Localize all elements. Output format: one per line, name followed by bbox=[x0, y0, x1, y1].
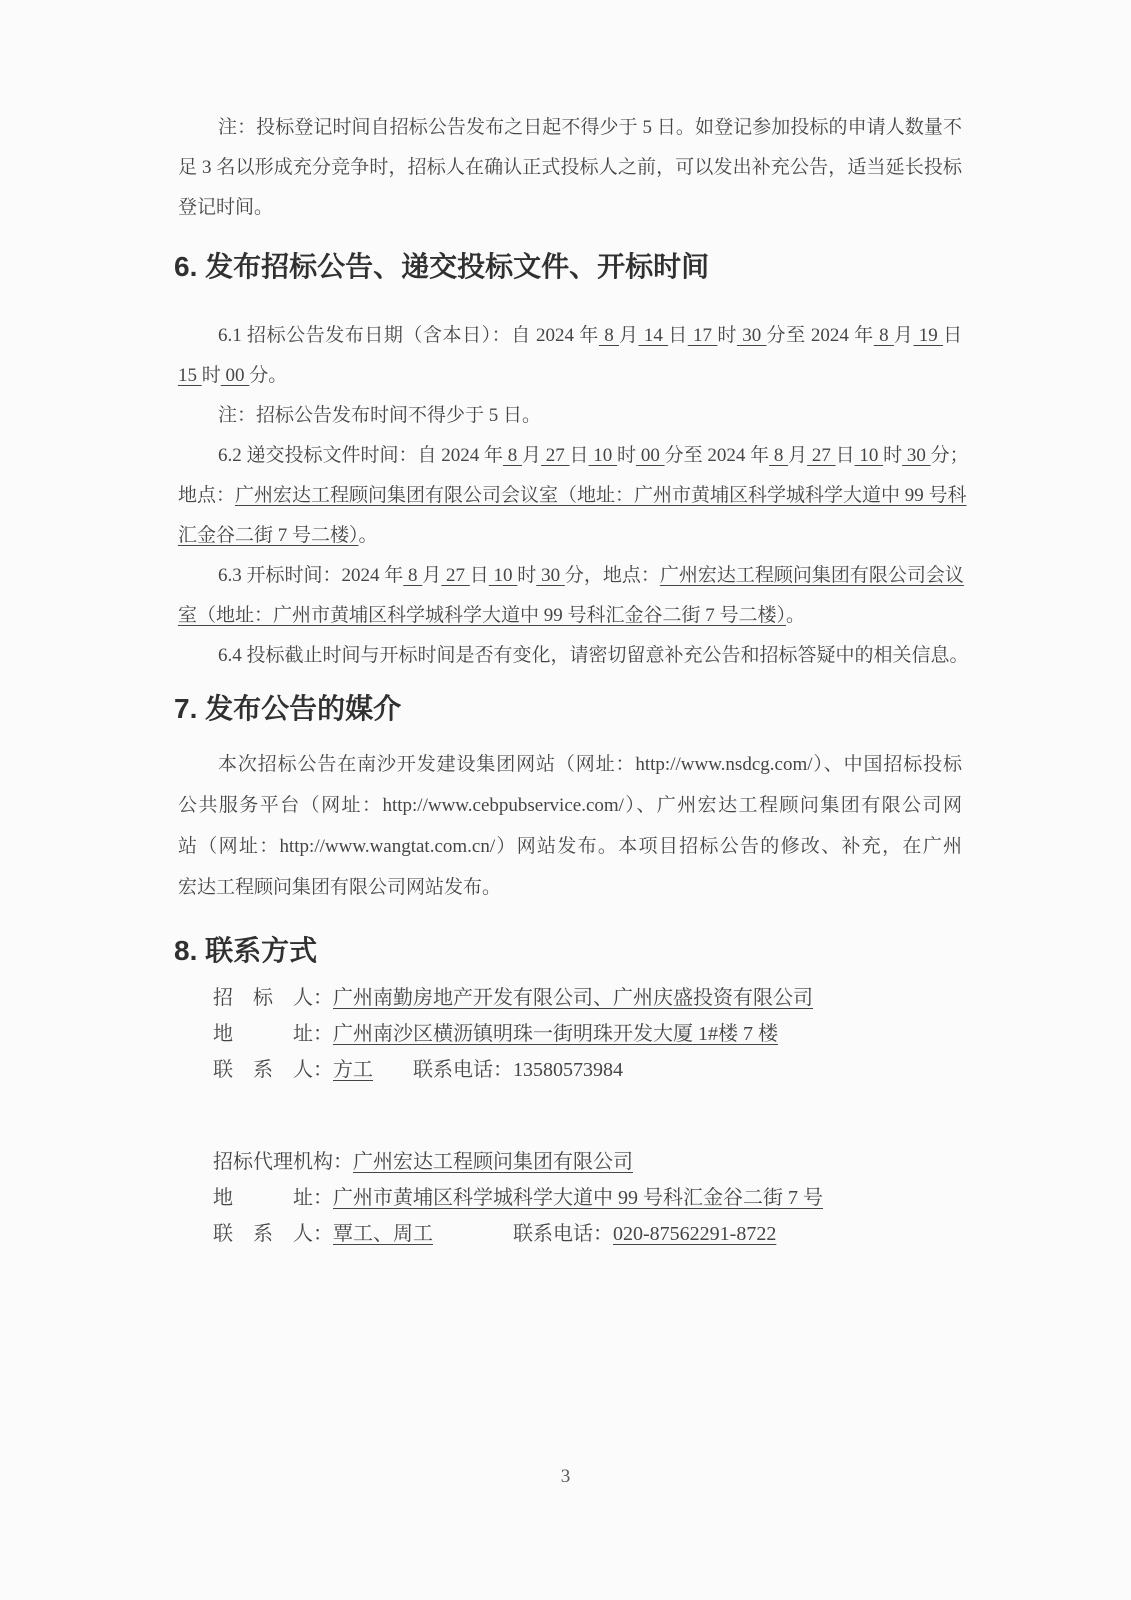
text-run: 。 bbox=[359, 525, 378, 546]
text-run: 招标代理机构： bbox=[213, 1151, 353, 1173]
text-run: 分，地点： bbox=[565, 565, 660, 586]
text-line: 站（网址：http://www.wangtat.com.cn/）网站发布。本项目… bbox=[178, 826, 962, 867]
underlined-text: 17 bbox=[688, 325, 718, 346]
underlined-text: 10 bbox=[589, 445, 618, 466]
text-line: 15 时 00 分。 bbox=[178, 356, 962, 396]
paragraph-7: 本次招标公告在南沙开发建设集团网站（网址：http://www.nsdcg.co… bbox=[178, 744, 962, 908]
text-run: 月 bbox=[619, 325, 639, 346]
section-8-heading: 8. 联系方式 bbox=[174, 930, 962, 972]
page-number: 3 bbox=[0, 1466, 1131, 1488]
text-run: 本次招标公告在南沙开发建设集团网站（网址：http://www.nsdcg.co… bbox=[218, 754, 962, 775]
text-run: 站（网址：http://www.wangtat.com.cn/）网站发布。本项目… bbox=[178, 836, 962, 857]
underlined-text: 30 bbox=[902, 445, 931, 466]
underlined-text: 广州南勤房地产开发有限公司、广州庆盛投资有限公司 bbox=[333, 987, 813, 1009]
underlined-text: 8 bbox=[503, 445, 522, 466]
text-run: 月 bbox=[788, 445, 807, 466]
text-run: 6.1 招标公告发布日期（含本日）：自 2024 年 bbox=[218, 325, 599, 346]
underlined-text: 覃工、周工 bbox=[333, 1223, 433, 1245]
text-run: 地点： bbox=[178, 485, 235, 506]
text-line: 注：投标登记时间自招标公告发布之日起不得少于 5 日。如登记参加投标的申请人数量… bbox=[178, 108, 962, 148]
text-run: 月 bbox=[422, 565, 441, 586]
text-run: 时 bbox=[717, 325, 737, 346]
text-run: 。 bbox=[786, 605, 805, 626]
text-line: 汇金谷二街 7 号二楼）。 bbox=[178, 516, 962, 556]
underlined-text: 8 bbox=[599, 325, 619, 346]
text-line: 登记时间。 bbox=[178, 188, 962, 228]
underlined-text: 19 bbox=[913, 325, 943, 346]
document-page: 注：投标登记时间自招标公告发布之日起不得少于 5 日。如登记参加投标的申请人数量… bbox=[0, 0, 1131, 1600]
text-line: 6.1 招标公告发布日期（含本日）：自 2024 年 8 月 14 日 17 时… bbox=[178, 316, 962, 356]
underlined-text: 广州宏达工程顾问集团有限公司会议室（地址：广州市黄埔区科学城科学大道中 99 号… bbox=[235, 485, 967, 506]
underlined-text: 广州宏达工程顾问集团有限公司会议 bbox=[660, 565, 964, 586]
underlined-text: 15 bbox=[178, 365, 202, 386]
paragraph-6-2: 6.2 递交投标文件时间：自 2024 年 8 月 27 日 10 时 00 分… bbox=[178, 436, 962, 556]
agency-contact-block: 招标代理机构：广州宏达工程顾问集团有限公司地 址：广州市黄埔区科学城科学大道中 … bbox=[213, 1144, 962, 1252]
underlined-text: 27 bbox=[441, 565, 470, 586]
text-run: 联系电话：13580573984 bbox=[373, 1059, 623, 1081]
text-run: 地 址： bbox=[213, 1187, 333, 1209]
section-7-heading: 7. 发布公告的媒介 bbox=[174, 688, 962, 730]
text-run: 日 bbox=[570, 445, 589, 466]
text-run: 招 标 人： bbox=[213, 987, 333, 1009]
underlined-text: 10 bbox=[489, 565, 518, 586]
underlined-text: 广州宏达工程顾问集团有限公司 bbox=[353, 1151, 633, 1173]
underlined-text: 汇金谷二街 7 号二楼） bbox=[178, 525, 359, 546]
text-run: 6.4 投标截止时间与开标时间是否有变化，请密切留意补充公告和招标答疑中的相关信… bbox=[218, 645, 969, 666]
text-run: 注：招标公告发布时间不得少于 5 日。 bbox=[218, 405, 541, 426]
section-6-heading: 6. 发布招标公告、递交投标文件、开标时间 bbox=[174, 246, 962, 288]
text-run: 足 3 名以形成充分竞争时，招标人在确认正式投标人之前，可以发出补充公告，适当延… bbox=[178, 157, 962, 178]
tenderer-contact-block: 招 标 人：广州南勤房地产开发有限公司、广州庆盛投资有限公司地 址：广州南沙区横… bbox=[213, 980, 962, 1088]
text-run: 宏达工程顾问集团有限公司网站发布。 bbox=[178, 877, 501, 898]
underlined-text: 14 bbox=[639, 325, 669, 346]
text-run: 日 bbox=[668, 325, 688, 346]
text-run: 时 bbox=[617, 445, 636, 466]
text-run: 日 bbox=[470, 565, 489, 586]
text-run: 日 bbox=[943, 325, 962, 346]
underlined-text: 广州南沙区横沥镇明珠一街明珠开发大厦 1#楼 7 楼 bbox=[333, 1023, 778, 1045]
text-line: 室（地址：广州市黄埔区科学城科学大道中 99 号科汇金谷二街 7 号二楼）。 bbox=[178, 596, 962, 636]
underlined-text: 30 bbox=[737, 325, 767, 346]
text-run: 时 bbox=[883, 445, 902, 466]
text-run: 联 系 人： bbox=[213, 1223, 333, 1245]
text-line: 足 3 名以形成充分竞争时，招标人在确认正式投标人之前，可以发出补充公告，适当延… bbox=[178, 148, 962, 188]
underlined-text: 00 bbox=[221, 365, 250, 386]
underlined-text: 27 bbox=[807, 445, 836, 466]
text-run: 时 bbox=[517, 565, 536, 586]
underlined-text: 27 bbox=[541, 445, 570, 466]
text-line: 地 址：广州市黄埔区科学城科学大道中 99 号科汇金谷二街 7 号 bbox=[213, 1180, 962, 1216]
text-line: 地 址：广州南沙区横沥镇明珠一街明珠开发大厦 1#楼 7 楼 bbox=[213, 1016, 962, 1052]
underlined-text: 室（地址：广州市黄埔区科学城科学大道中 99 号科汇金谷二街 7 号二楼） bbox=[178, 605, 786, 626]
text-run: 公共服务平台（网址：http://www.cebpubservice.com/）… bbox=[178, 795, 962, 816]
text-run: 6.3 开标时间：2024 年 bbox=[218, 565, 403, 586]
paragraph-6-note: 注：招标公告发布时间不得少于 5 日。 bbox=[178, 396, 962, 436]
text-run: 6.2 递交投标文件时间：自 2024 年 bbox=[218, 445, 503, 466]
underlined-text: 30 bbox=[536, 565, 565, 586]
paragraph-6-3: 6.3 开标时间：2024 年 8 月 27 日 10 时 30 分，地点：广州… bbox=[178, 556, 962, 636]
text-line: 联 系 人：方工 联系电话：13580573984 bbox=[213, 1052, 962, 1088]
underlined-text: 方工 bbox=[333, 1059, 373, 1081]
paragraph-6-1: 6.1 招标公告发布日期（含本日）：自 2024 年 8 月 14 日 17 时… bbox=[178, 316, 962, 396]
underlined-text: 8 bbox=[874, 325, 894, 346]
text-line: 地点：广州宏达工程顾问集团有限公司会议室（地址：广州市黄埔区科学城科学大道中 9… bbox=[178, 476, 962, 516]
text-run: 地 址： bbox=[213, 1023, 333, 1045]
text-line: 注：招标公告发布时间不得少于 5 日。 bbox=[178, 396, 962, 436]
text-run: 时 bbox=[202, 365, 221, 386]
section-6: 6. 发布招标公告、递交投标文件、开标时间 6.1 招标公告发布日期（含本日）：… bbox=[178, 246, 962, 676]
text-line: 宏达工程顾问集团有限公司网站发布。 bbox=[178, 867, 962, 908]
text-line: 招 标 人：广州南勤房地产开发有限公司、广州庆盛投资有限公司 bbox=[213, 980, 962, 1016]
text-line: 本次招标公告在南沙开发建设集团网站（网址：http://www.nsdcg.co… bbox=[178, 744, 962, 785]
underlined-text: 020-87562291-8722 bbox=[613, 1223, 776, 1245]
text-run: 分至 2024 年 bbox=[665, 445, 770, 466]
text-line: 6.3 开标时间：2024 年 8 月 27 日 10 时 30 分，地点：广州… bbox=[178, 556, 962, 596]
underlined-text: 8 bbox=[769, 445, 788, 466]
text-line: 联 系 人：覃工、周工 联系电话：020-87562291-8722 bbox=[213, 1216, 962, 1252]
text-run: 联 系 人： bbox=[213, 1059, 333, 1081]
underlined-text: 00 bbox=[636, 445, 665, 466]
text-run: 月 bbox=[522, 445, 541, 466]
text-run: 日 bbox=[836, 445, 855, 466]
text-run: 联系电话： bbox=[433, 1223, 613, 1245]
text-line: 6.4 投标截止时间与开标时间是否有变化，请密切留意补充公告和招标答疑中的相关信… bbox=[178, 636, 962, 676]
text-run: 分至 2024 年 bbox=[767, 325, 874, 346]
section-7: 7. 发布公告的媒介 本次招标公告在南沙开发建设集团网站（网址：http://w… bbox=[178, 688, 962, 908]
text-line: 招标代理机构：广州宏达工程顾问集团有限公司 bbox=[213, 1144, 962, 1180]
section-8: 8. 联系方式 招 标 人：广州南勤房地产开发有限公司、广州庆盛投资有限公司地 … bbox=[178, 930, 962, 1252]
text-run: 分。 bbox=[249, 365, 287, 386]
text-line: 6.2 递交投标文件时间：自 2024 年 8 月 27 日 10 时 00 分… bbox=[178, 436, 962, 476]
text-run: 分； bbox=[931, 445, 969, 466]
text-run: 登记时间。 bbox=[178, 197, 273, 218]
text-run: 月 bbox=[894, 325, 914, 346]
underlined-text: 广州市黄埔区科学城科学大道中 99 号科汇金谷二街 7 号 bbox=[333, 1187, 823, 1209]
underlined-text: 10 bbox=[855, 445, 884, 466]
note-top-paragraph: 注：投标登记时间自招标公告发布之日起不得少于 5 日。如登记参加投标的申请人数量… bbox=[178, 108, 962, 228]
paragraph-6-4: 6.4 投标截止时间与开标时间是否有变化，请密切留意补充公告和招标答疑中的相关信… bbox=[178, 636, 962, 676]
underlined-text: 8 bbox=[403, 565, 422, 586]
text-line: 公共服务平台（网址：http://www.cebpubservice.com/）… bbox=[178, 785, 962, 826]
text-run: 注：投标登记时间自招标公告发布之日起不得少于 5 日。如登记参加投标的申请人数量… bbox=[218, 117, 962, 138]
